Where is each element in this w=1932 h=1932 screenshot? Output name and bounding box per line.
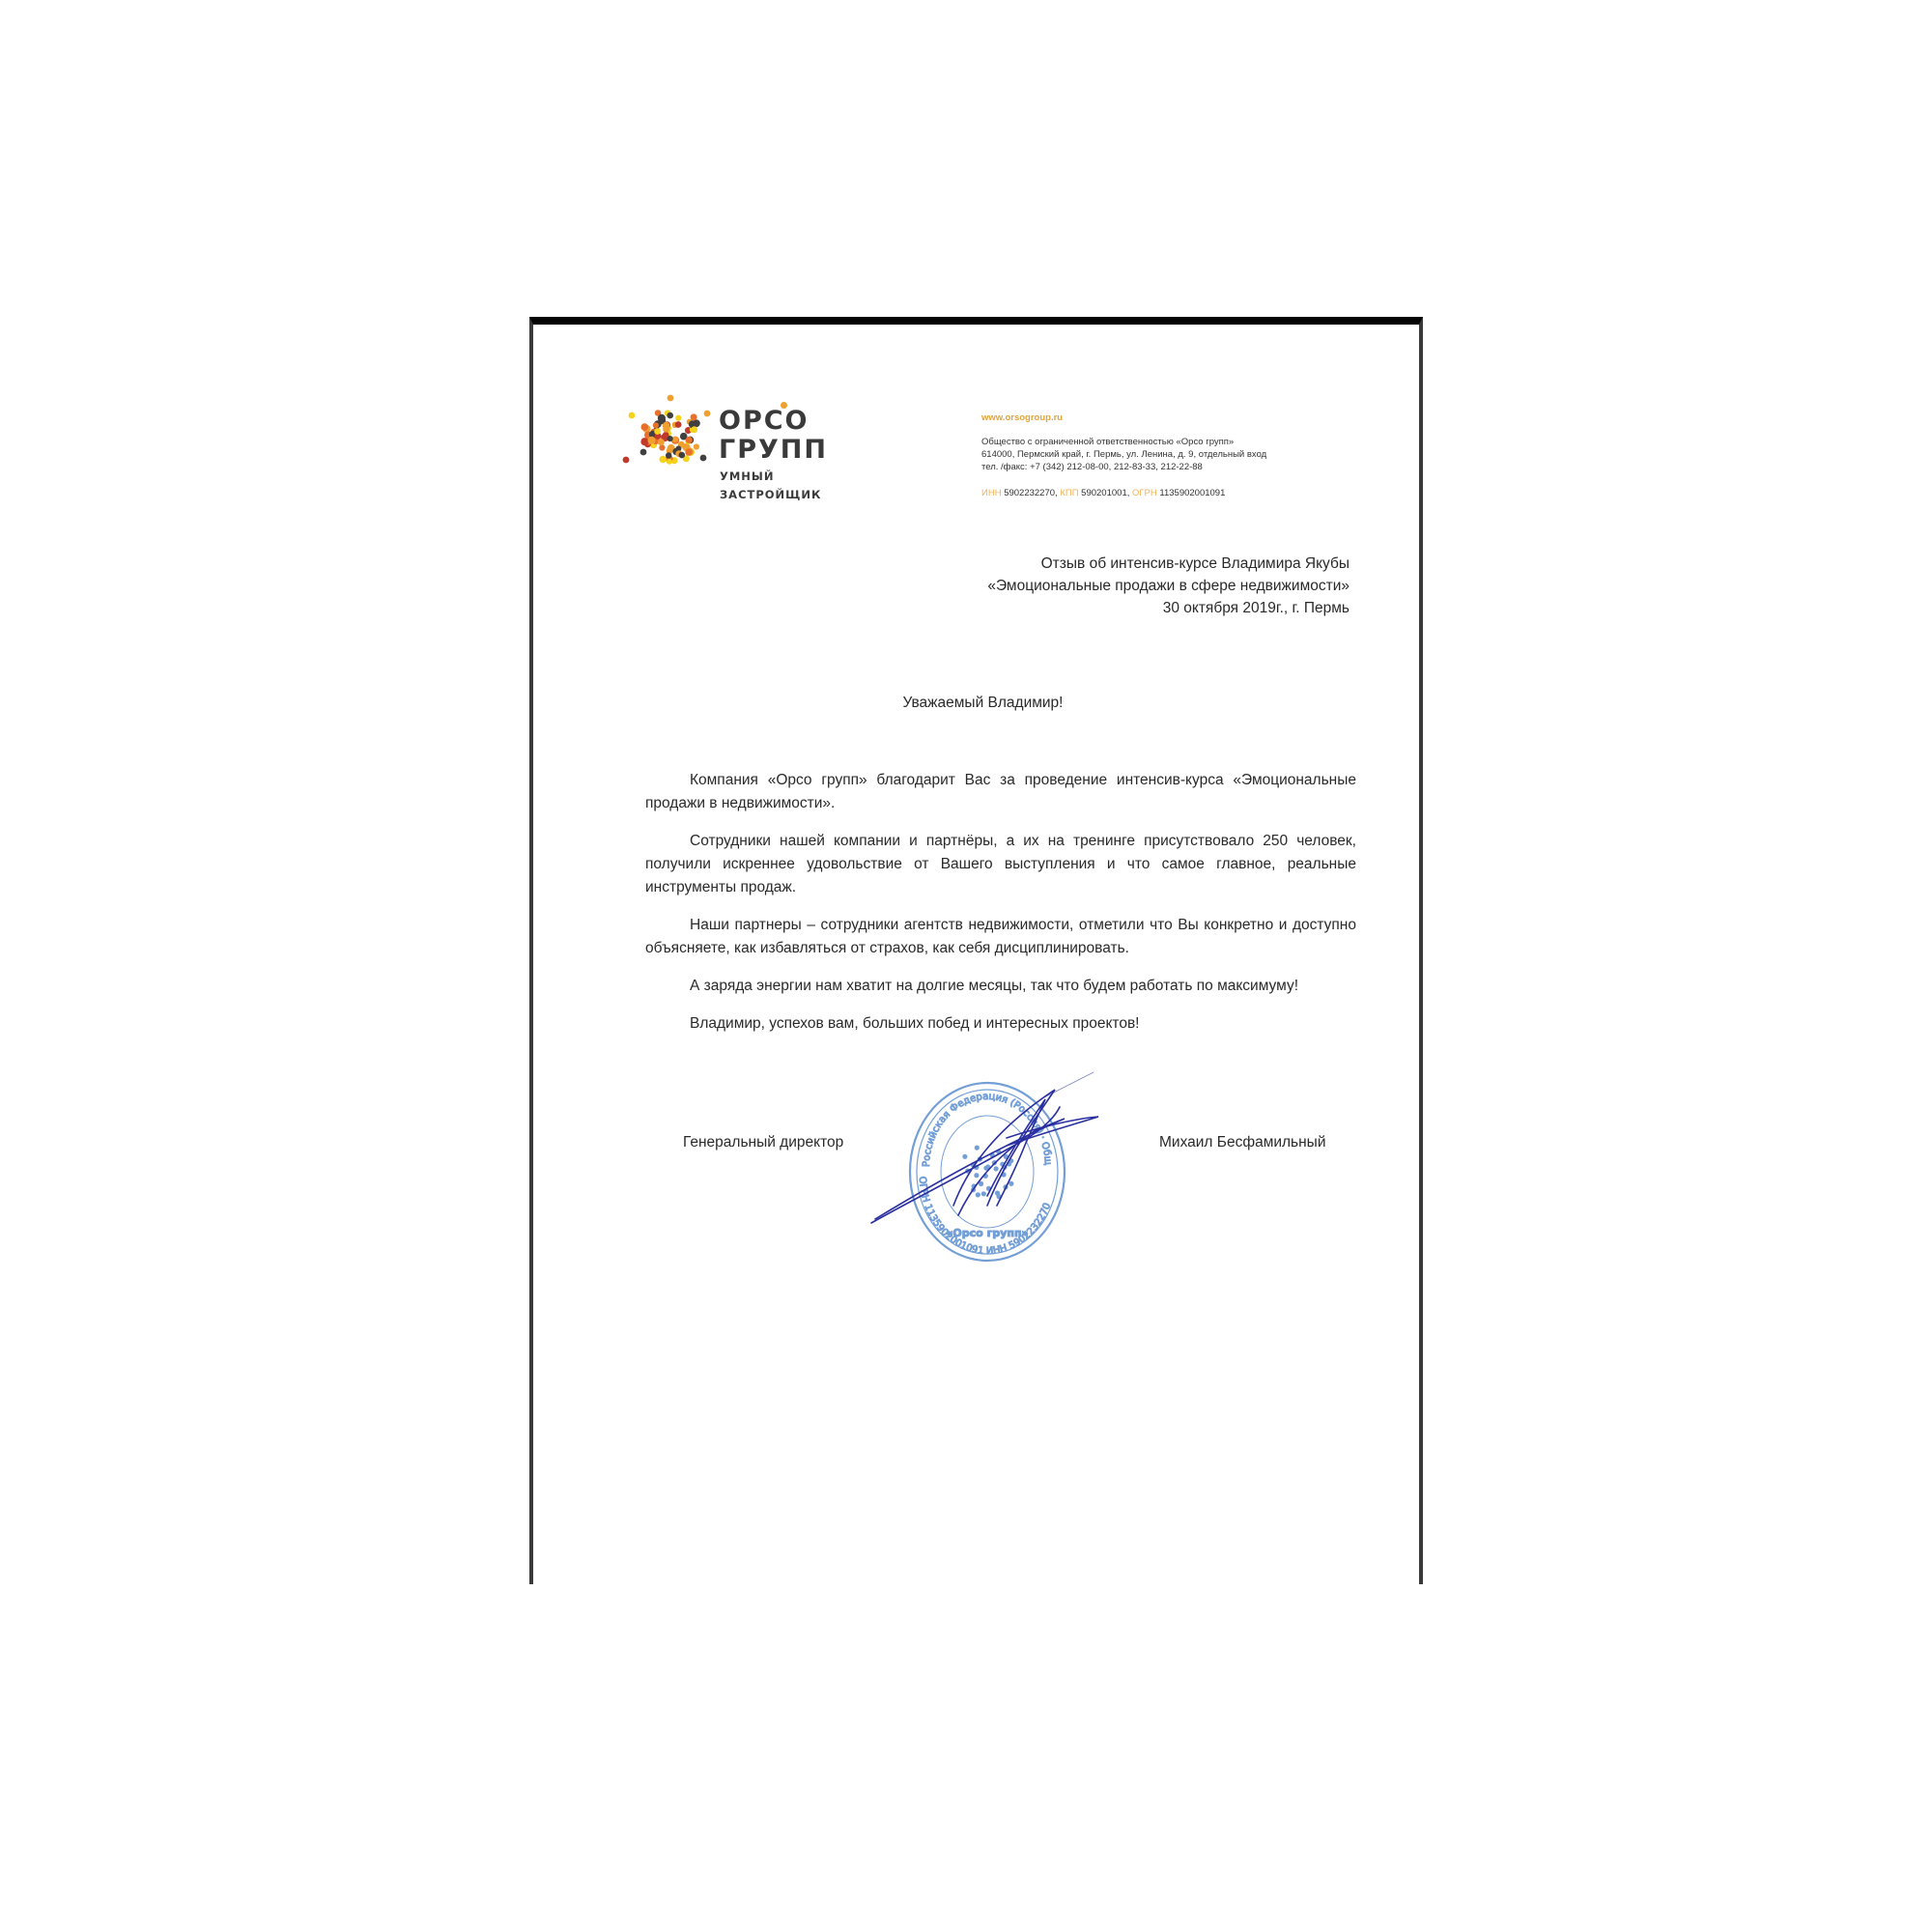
letter-title: Отзыв об интенсив-курсе Владимира Якубы … [987,553,1350,619]
inn-label: ИНН [981,488,1002,498]
logo-wordmark-line1: ОРСО [719,406,810,436]
company-stamp-and-signature: Российская Федерация (Россия) · Общество… [862,1061,1113,1273]
title-line2: «Эмоциональные продажи в сфере недвижимо… [987,575,1350,597]
letter-body: Компания «Орсо групп» благодарит Вас за … [645,769,1356,1050]
paragraph-3: Наши партнеры – сотрудники агентств недв… [645,914,1356,960]
letterhead-requisites: ИНН 5902232270, КПП 590201001, ОГРН 1135… [981,487,1225,499]
kpp-label: КПП [1060,488,1078,498]
letterhead-company: Общество с ограниченной ответственностью… [981,436,1266,448]
inn-value: 5902232270, [1004,488,1057,498]
orso-logo-dots-icon [622,392,719,479]
title-date-place: 30 октября 2019г., г. Пермь [987,597,1350,619]
logo-wordmark-line2: ГРУПП [719,435,828,465]
signer-position: Генеральный директор [683,1134,843,1151]
greeting: Уважаемый Владимир! [533,695,1419,712]
paragraph-5: Владимир, успехов вам, больших побед и и… [645,1012,1356,1036]
kpp-value: 590201001, [1081,488,1129,498]
letter-page: ОРСО ГРУПП УМНЫЙ ЗАСТРОЙЩИК www.orsogrou… [529,317,1423,1584]
paragraph-4: А заряда энергии нам хватит на долгие ме… [645,975,1356,998]
title-line1: Отзыв об интенсив-курсе Владимира Якубы [987,553,1350,575]
ogrn-label: ОГРН [1132,488,1157,498]
logo-tagline-line2: ЗАСТРОЙЩИК [720,488,821,501]
signer-name: Михаил Бесфамильный [1159,1134,1325,1151]
svg-text:«Орсо групп»: «Орсо групп» [946,1227,1028,1239]
letterhead-phone: тел. /факс: +7 (342) 212-08-00, 212-83-3… [981,461,1266,473]
letterhead-website: www.orsogroup.ru [981,412,1063,424]
ogrn-value: 1135902001091 [1159,488,1225,498]
svg-text:Российская Федерация (Россия): Российская Федерация (Россия) · Общество… [862,1061,1053,1167]
paragraph-1: Компания «Орсо групп» благодарит Вас за … [645,769,1356,815]
paragraph-2: Сотрудники нашей компании и партнёры, а … [645,830,1356,899]
letterhead-address: 614000, Пермский край, г. Пермь, ул. Лен… [981,448,1266,461]
letterhead-address-block: Общество с ограниченной ответственностью… [981,436,1266,473]
logo-tagline-line1: УМНЫЙ [720,469,774,483]
